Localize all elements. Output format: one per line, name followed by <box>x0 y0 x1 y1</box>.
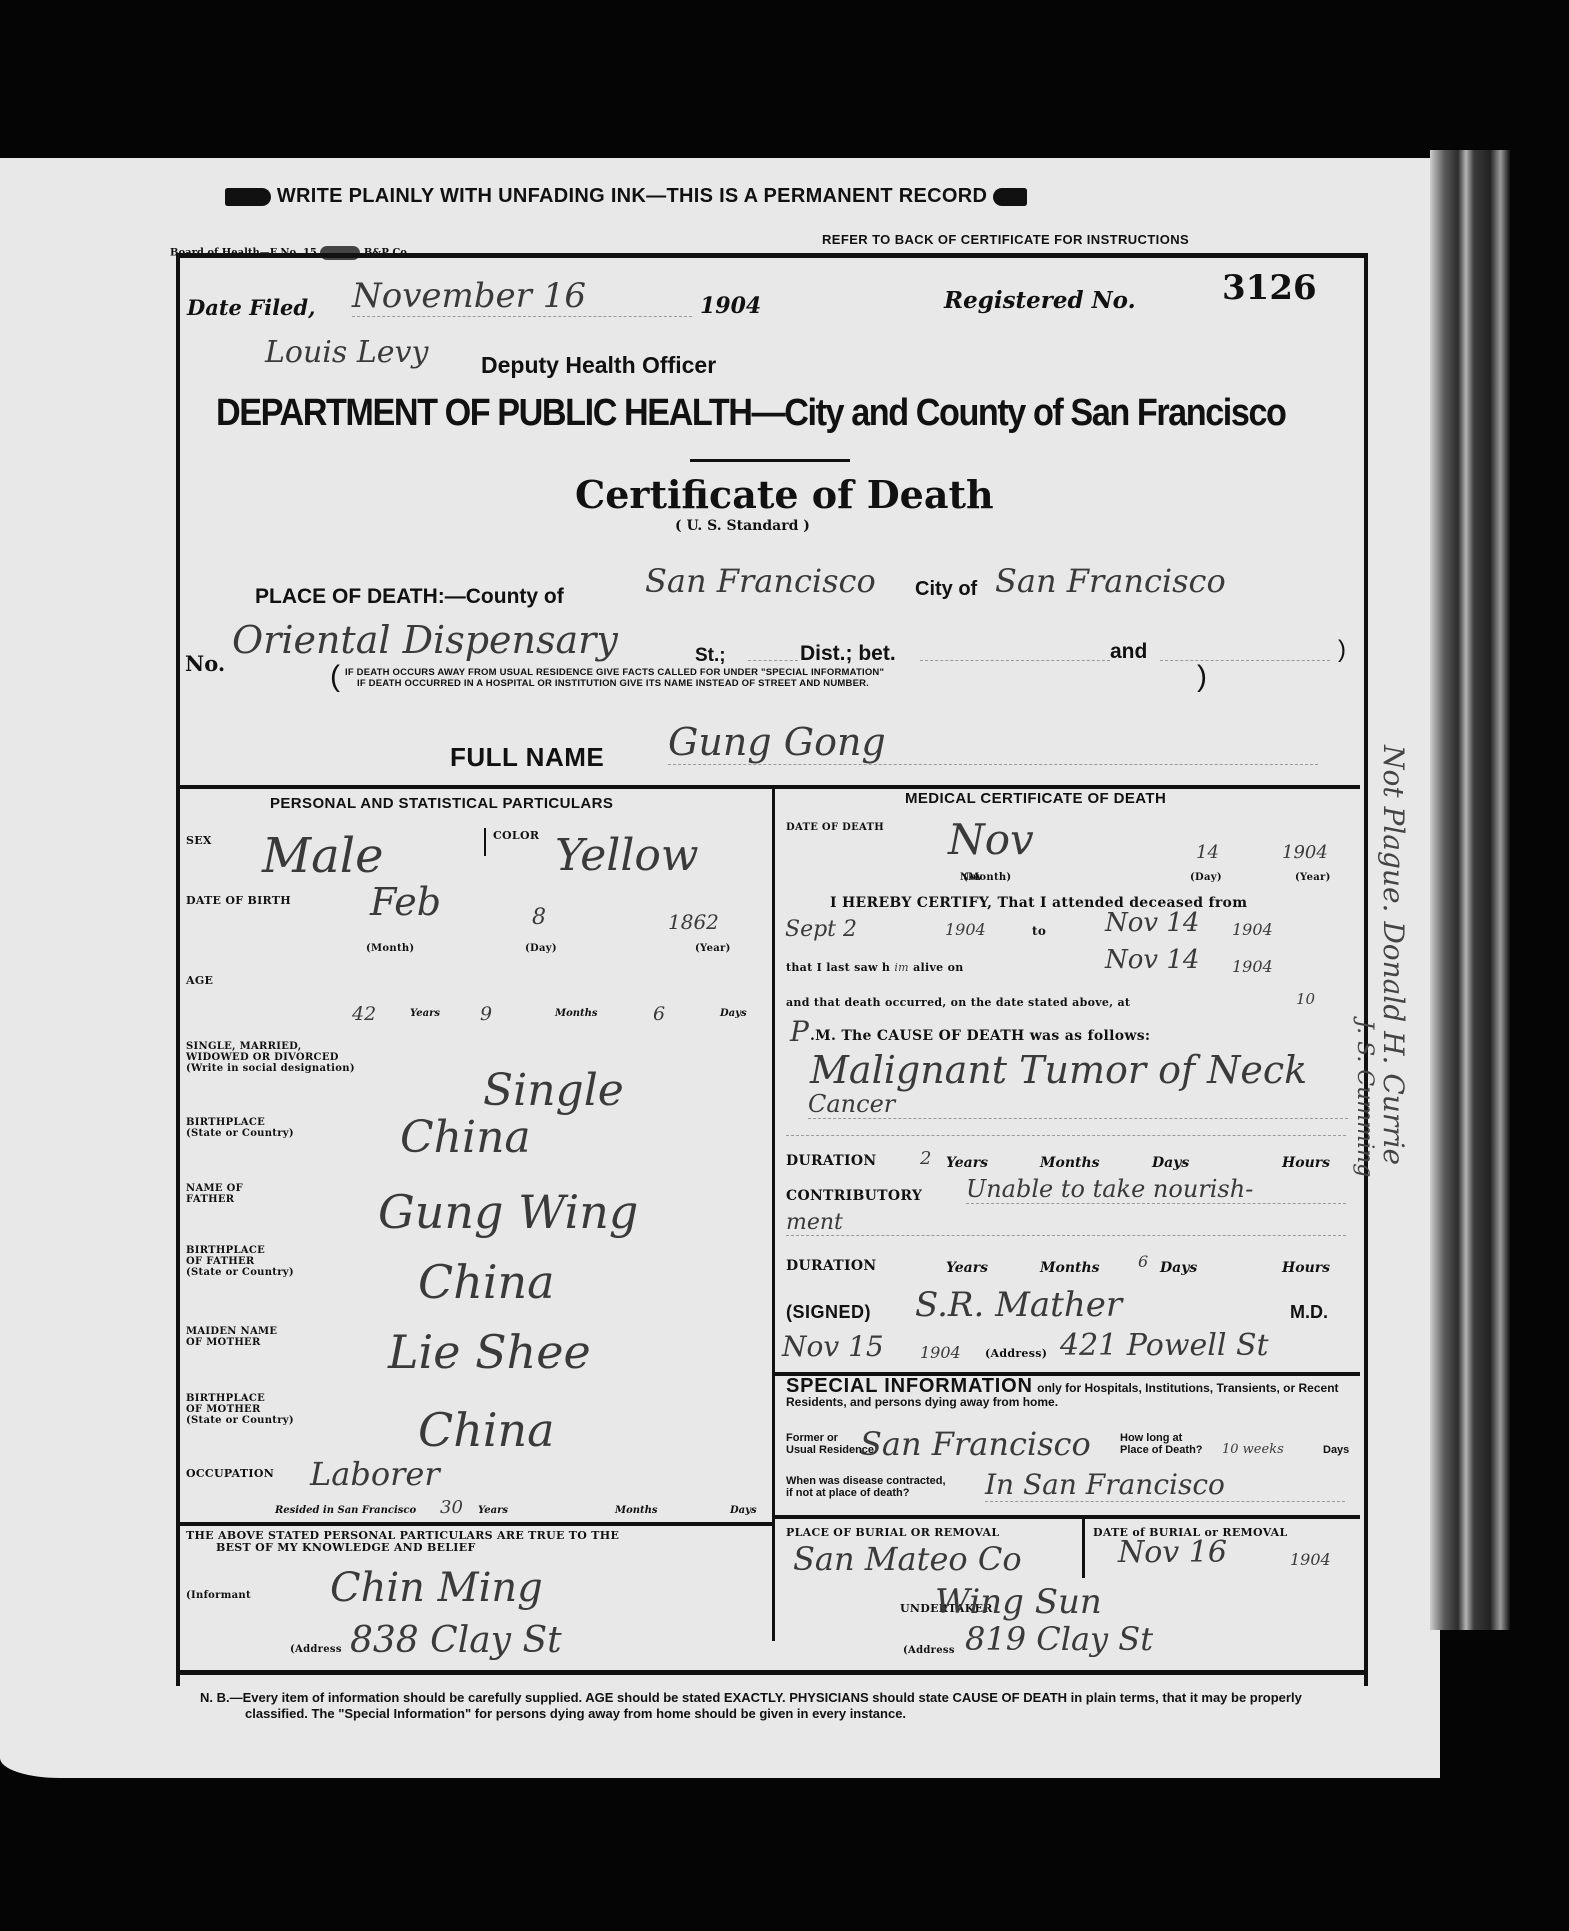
dob-year: 1862 <box>668 910 719 934</box>
mother-birthplace-value: China <box>418 1403 555 1457</box>
how-long-value: 10 weeks <box>1222 1442 1284 1457</box>
warning-banner: WRITE PLAINLY WITH UNFADING INK—THIS IS … <box>225 185 1027 208</box>
age-months: 9 <box>480 1003 492 1025</box>
contracted-value: In San Francisco <box>985 1468 1345 1502</box>
date-filed-label: Date Filed, <box>187 295 315 320</box>
district-label: Dist.; bet. <box>800 642 896 666</box>
burial-year: 1904 <box>1290 1550 1331 1569</box>
signed-label: (SIGNED) <box>786 1302 871 1323</box>
sex-label: SEX <box>186 835 212 847</box>
date-filed-value: November 16 <box>352 276 692 317</box>
pointing-hand-icon <box>993 188 1027 206</box>
divider <box>690 459 850 462</box>
resided-years: 30 <box>440 1497 463 1518</box>
mother-birthplace-label: BIRTHPLACE OF MOTHER (State or Country) <box>186 1393 294 1426</box>
date-of-birth-label: DATE OF BIRTH <box>186 895 291 907</box>
duration-label-2: DURATION <box>786 1260 876 1272</box>
cause-statement: .M. The CAUSE OF DEATH was as follows: <box>810 1030 1150 1042</box>
occurred-statement: and that death occurred, on the date sta… <box>786 997 1130 1009</box>
residence-value: San Francisco <box>860 1425 1091 1463</box>
date-of-death-month: Nov <box>948 815 1034 864</box>
time-meridian: P <box>790 1015 809 1048</box>
duration-years: 2 <box>920 1148 931 1169</box>
street-label: St.; <box>695 645 726 667</box>
duration-days: 6 <box>1138 1252 1148 1271</box>
informant-address-label: (Address <box>290 1644 342 1656</box>
father-name-value: Gung Wing <box>378 1185 638 1239</box>
full-name-label: FULL NAME <box>450 742 604 773</box>
dob-month: Feb <box>370 880 441 924</box>
instructions-reference: REFER TO BACK OF CERTIFICATE FOR INSTRUC… <box>822 232 1189 247</box>
attended-from: Sept 2 <box>785 917 857 942</box>
physician-address: 421 Powell St <box>1060 1328 1269 1363</box>
full-name-value: Gung Gong <box>668 720 1318 765</box>
place-of-death-label: PLACE OF DEATH:—County of <box>255 585 564 609</box>
occupation-label: OCCUPATION <box>186 1468 274 1480</box>
street-number-label: No. <box>185 651 225 676</box>
section-divider <box>176 785 1360 789</box>
dob-day: 8 <box>532 905 546 930</box>
color-value: Yellow <box>555 830 699 881</box>
marital-status-value: Single <box>483 1065 624 1116</box>
registered-label: Registered No. <box>944 287 1136 314</box>
sex-value: Male <box>262 828 384 884</box>
last-saw-statement: that I last saw h im alive on <box>786 962 964 974</box>
birthplace-value: China <box>400 1112 531 1163</box>
special-info-heading: SPECIAL INFORMATION only for Hospitals, … <box>786 1380 1346 1409</box>
contributory-line-1: Unable to take nourish- <box>966 1175 1346 1204</box>
department-title: DEPARTMENT OF PUBLIC HEALTH—City and Cou… <box>216 392 1285 435</box>
county-value: San Francisco <box>645 562 876 600</box>
certificate-subtitle: ( U. S. Standard ) <box>675 518 810 534</box>
informant-address-value: 838 Clay St <box>350 1620 562 1661</box>
undertaker-address-label: (Address <box>903 1645 955 1657</box>
contributory-label: CONTRIBUTORY <box>786 1190 922 1202</box>
informant-value: Chin Ming <box>330 1565 543 1611</box>
street-number-value: Oriental Dispensary <box>232 618 618 662</box>
father-birthplace-value: China <box>418 1255 555 1309</box>
duration-label-1: DURATION <box>786 1155 876 1167</box>
age-label: AGE <box>186 975 213 987</box>
and-label: and <box>1110 640 1147 664</box>
cause-of-death-line-2: Cancer <box>808 1090 1348 1119</box>
date-of-death-day: 14 <box>1196 842 1219 863</box>
last-saw-date: Nov 14 <box>1105 945 1199 975</box>
contributory-line-2: ment <box>786 1210 1346 1236</box>
medical-heading: MEDICAL CERTIFICATE OF DEATH <box>905 790 1166 807</box>
footnote: N. B.—Every item of information should b… <box>200 1690 1325 1722</box>
time-of-death: 10 <box>1296 990 1315 1008</box>
age-days: 6 <box>653 1003 665 1025</box>
attended-to: Nov 14 <box>1105 908 1199 938</box>
attestation: THE ABOVE STATED PERSONAL PARTICULARS AR… <box>186 1530 619 1554</box>
burial-date-value: Nov 16 <box>1118 1535 1227 1570</box>
city-value: San Francisco <box>995 562 1226 600</box>
cause-of-death-line-1: Malignant Tumor of Neck <box>810 1048 1307 1092</box>
column-divider <box>772 789 775 1641</box>
father-birthplace-label: BIRTHPLACE OF FATHER (State or Country) <box>186 1245 294 1278</box>
informant-label: (Informant <box>186 1590 251 1602</box>
mother-name-value: Lie Shee <box>388 1325 591 1379</box>
personal-heading: PERSONAL AND STATISTICAL PARTICULARS <box>270 795 613 812</box>
father-name-label: NAME OF FATHER <box>186 1183 243 1205</box>
contracted-label: When was disease contracted, if not at p… <box>786 1475 946 1499</box>
burial-place-value: San Mateo Co <box>793 1540 1022 1578</box>
age-years: 42 <box>352 1003 376 1025</box>
physician-signature: S.R. Mather <box>915 1285 1122 1325</box>
city-label: City of <box>915 578 977 601</box>
undertaker-value: Wing Sun <box>935 1582 1102 1622</box>
binding-edge <box>1430 150 1510 1630</box>
date-of-death-year: 1904 <box>1282 842 1328 863</box>
margin-annotation: Not Plague. Donald H. Currie J. S. Cummi… <box>1365 745 1435 1345</box>
burial-place-label: PLACE OF BURIAL OR REMOVAL <box>786 1527 999 1539</box>
marital-status-label: SINGLE, MARRIED, WIDOWED OR DIVORCED (Wr… <box>186 1041 355 1074</box>
occupation-value: Laborer <box>310 1455 440 1493</box>
date-of-death-label: DATE OF DEATH <box>786 822 884 834</box>
place-of-death-note: IF DEATH OCCURS AWAY FROM USUAL RESIDENC… <box>345 667 884 689</box>
md-label: M.D. <box>1290 1302 1328 1323</box>
signed-date: Nov 15 <box>782 1330 884 1363</box>
pointing-hand-icon <box>225 188 271 206</box>
undertaker-address-value: 819 Clay St <box>965 1620 1153 1658</box>
color-label: COLOR <box>493 830 539 842</box>
mother-name-label: MAIDEN NAME OF MOTHER <box>186 1326 277 1348</box>
birthplace-label: BIRTHPLACE (State or Country) <box>186 1117 294 1139</box>
registered-number: 3126 <box>1222 268 1317 308</box>
certificate-title: Certificate of Death <box>575 472 994 517</box>
deputy-title: Deputy Health Officer <box>481 352 716 379</box>
date-filed-year: 1904 <box>700 293 761 319</box>
deputy-signature: Louis Levy <box>265 335 428 370</box>
how-long-label: How long at Place of Death? <box>1120 1432 1203 1456</box>
